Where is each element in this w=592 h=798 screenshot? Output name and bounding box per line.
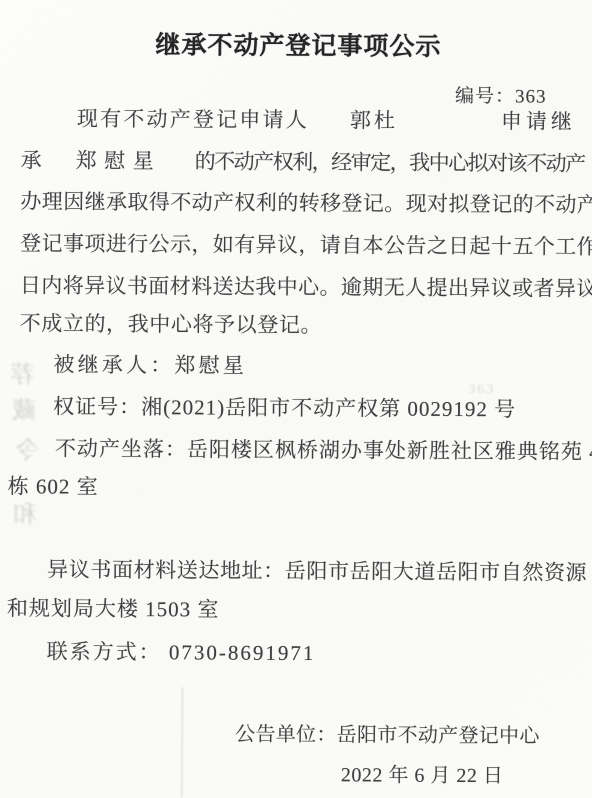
body-line-2-tail: 的不动产权利，经审定，我中心拟对该不动产 xyxy=(195,146,585,178)
body-line-1-lead: 现有不动产登记申请人 xyxy=(77,104,309,135)
body-line-1: 现有不动产登记申请人 郭杜 申请继 xyxy=(2,103,592,137)
bleedthrough-mark-2: 藏 xyxy=(12,390,36,425)
bleedthrough-number: 363 xyxy=(468,382,495,398)
document-content: 继承不动产登记事项公示 编号：363 现有不动产登记申请人 郭杜 申请继 承 郑… xyxy=(0,0,592,798)
field-decedent: 被继承人：郑慰星 xyxy=(53,350,247,381)
body-line-4: 登记事项进行公示，如有异议，请自本公告之日起十五个工作 xyxy=(20,228,592,262)
field-certificate-number: 权证号：湘(2021)岳阳市不动产权第 0029192 号 xyxy=(53,392,516,425)
bleedthrough-mark-1: 荐 xyxy=(10,354,34,389)
field-contact-phone: 联系方式： 0730-8691971 xyxy=(47,636,316,668)
body-line-6: 不成立的，我中心将予以登记。 xyxy=(20,308,323,340)
body-line-5: 日内将异议书面材料送达我中心。逾期无人提出异议或者异议 xyxy=(20,270,592,304)
body-line-2-lead: 承 xyxy=(21,145,42,175)
body-line-2: 承 郑慰星 的不动产权利，经审定，我中心拟对该不动产 xyxy=(2,145,592,179)
body-line-1-tail: 申请继 xyxy=(501,106,576,136)
field-property-location-line1: 不动产坐落：岳阳楼区枫桥湖办事处新胜社区雅典铭苑 4 xyxy=(55,434,592,467)
applicant-name: 郭杜 xyxy=(350,105,398,135)
bleedthrough-mark-3: 令 xyxy=(16,430,40,465)
announcement-date: 2022 年 6 月 22 日 xyxy=(341,760,504,791)
scanned-notice-page: 继承不动产登记事项公示 编号：363 现有不动产登记申请人 郭杜 申请继 承 郑… xyxy=(0,0,592,798)
decedent-name-inline: 郑慰星 xyxy=(76,146,162,177)
bleedthrough-mark-4: 和 xyxy=(12,494,36,529)
announcing-unit: 公告单位：岳阳市不动产登记中心 xyxy=(235,720,540,752)
field-objection-address-line1: 异议书面材料送达地址：岳阳市岳阳大道岳阳市自然资源 xyxy=(47,554,587,587)
field-objection-address-line2: 和规划局大楼 1503 室 xyxy=(7,593,220,624)
scan-fold-artifact xyxy=(181,687,184,797)
body-line-3: 办理因继承取得不动产权利的转移登记。现对拟登记的不动产 xyxy=(20,186,592,220)
page-title: 继承不动产登记事项公示 xyxy=(2,30,592,64)
